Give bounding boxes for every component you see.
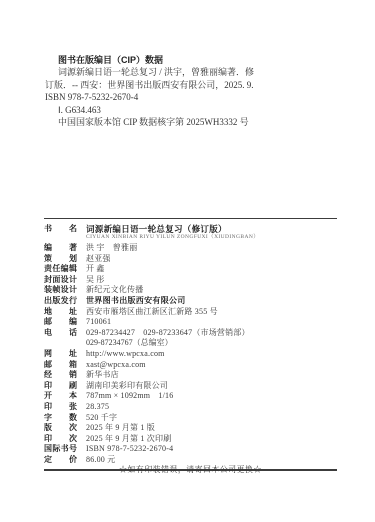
- colophon-row-cover-design: 封面设计 吴 彤: [44, 275, 337, 286]
- row-label: 书名: [44, 224, 77, 243]
- row-label: 邮编: [44, 317, 77, 328]
- row-label: 开本: [44, 391, 77, 402]
- colophon-row-address: 地址 西安市雁塔区曲江新区汇新路 355 号: [44, 307, 337, 318]
- row-value: 28.375: [86, 402, 109, 413]
- colophon-row-isbn: 国际书号 ISBN 978-7-5232-2670-4: [44, 444, 337, 455]
- row-value: 赵亚强: [86, 254, 111, 265]
- colophon-row-title: 书名 词源新编日语一轮总复习（修订版） CIYUAN XINBIAN RIYU …: [44, 224, 337, 243]
- row-value: 新华书店: [86, 370, 119, 381]
- row-label: 责任编辑: [44, 264, 77, 275]
- row-value: 2025 年 9 月第 1 版: [86, 423, 155, 434]
- cip-block: 图书在版编目（CIP）数据 词源新编日语一轮总复习 / 洪宇，曾雅丽编著．修 订…: [45, 54, 337, 128]
- row-label: 版次: [44, 423, 77, 434]
- row-label: 邮箱: [44, 360, 77, 371]
- colophon-row-publisher: 出版发行 世界图书出版西安有限公司: [44, 296, 337, 307]
- cip-description-line1: 词源新编日语一轮总复习 / 洪宇，曾雅丽编著．修: [45, 66, 337, 78]
- copyright-page: 图书在版编目（CIP）数据 词源新编日语一轮总复习 / 洪宇，曾雅丽编著．修 订…: [0, 0, 375, 522]
- cip-classification: Ⅰ. G634.463: [45, 104, 337, 116]
- colophon-row-sheets: 印张 28.375: [44, 402, 337, 413]
- book-title: 词源新编日语一轮总复习（修订版）: [86, 224, 259, 234]
- row-value: 西安市雁塔区曲江新区汇新路 355 号: [86, 307, 218, 318]
- row-value: xast@wpcxa.com: [86, 360, 146, 371]
- book-title-pinyin: CIYUAN XINBIAN RIYU YILUN ZONGFUXI（XIUDI…: [86, 234, 259, 241]
- misprint-exchange-note: ☆如有印装错误，请寄回本公司更换☆: [44, 464, 337, 475]
- colophon-row-editor: 责任编辑 开 鑫: [44, 264, 337, 275]
- row-label: 网址: [44, 349, 77, 360]
- row-label: 印刷: [44, 381, 77, 392]
- colophon-row-planner: 策划 赵亚强: [44, 254, 337, 265]
- colophon-row-email: 邮箱 xast@wpcxa.com: [44, 360, 337, 371]
- row-value: 世界图书出版西安有限公司: [86, 296, 186, 307]
- colophon-row-printer: 印刷 湖南印美彩印有限公司: [44, 381, 337, 392]
- book-title-block: 词源新编日语一轮总复习（修订版） CIYUAN XINBIAN RIYU YIL…: [86, 224, 259, 243]
- cip-registry-number: 中国国家版本馆 CIP 数据核字第 2025WH3332 号: [45, 116, 337, 128]
- colophon-row-wordcount: 字数 520 千字: [44, 413, 337, 424]
- row-label: 电话: [44, 328, 77, 339]
- row-label: 装帧设计: [44, 285, 77, 296]
- row-value: 新纪元文化传播: [86, 285, 143, 296]
- row-value: 吴 彤: [86, 275, 105, 286]
- row-label: 字数: [44, 413, 77, 424]
- cip-description-line2: 订版．-- 西安：世界图书出版西安有限公司，2025. 9.: [45, 79, 337, 91]
- row-label: 策划: [44, 254, 77, 265]
- row-value: 开 鑫: [86, 264, 105, 275]
- row-value: 2025 年 9 月第 1 次印刷: [86, 434, 171, 445]
- row-value: 029-87234427 029-87233647（市场营销部）: [86, 328, 250, 339]
- row-label: 印次: [44, 434, 77, 445]
- row-value: 710061: [86, 317, 111, 328]
- colophon-row-printing: 印次 2025 年 9 月第 1 次印刷: [44, 434, 337, 445]
- row-label: 封面设计: [44, 275, 77, 286]
- row-value: ISBN 978-7-5232-2670-4: [86, 444, 173, 455]
- colophon-row-binding-design: 装帧设计 新纪元文化传播: [44, 285, 337, 296]
- row-value: 洪 宇 曾雅丽: [86, 243, 137, 254]
- colophon-table: 书名 词源新编日语一轮总复习（修订版） CIYUAN XINBIAN RIYU …: [44, 218, 337, 471]
- row-label: 国际书号: [44, 444, 77, 455]
- row-value: 湖南印美彩印有限公司: [86, 381, 168, 392]
- colophon-row-edition: 版次 2025 年 9 月第 1 版: [44, 423, 337, 434]
- row-label: 出版发行: [44, 296, 77, 307]
- colophon-row-distributor: 经销 新华书店: [44, 370, 337, 381]
- row-label: 地址: [44, 307, 77, 318]
- row-value: http://www.wpcxa.com: [86, 349, 165, 360]
- row-label: 编著: [44, 243, 77, 254]
- colophon-row-authors: 编著 洪 宇 曾雅丽: [44, 243, 337, 254]
- row-value: 520 千字: [86, 413, 117, 424]
- colophon-row-postcode: 邮编 710061: [44, 317, 337, 328]
- colophon-row-phone: 电话 029-87234427 029-87233647（市场营销部）: [44, 328, 337, 339]
- cip-heading: 图书在版编目（CIP）数据: [45, 54, 337, 66]
- colophon-row-website: 网址 http://www.wpcxa.com: [44, 349, 337, 360]
- colophon-row-phone-line2: 029-87234767（总编室）: [86, 338, 337, 349]
- row-label: 印张: [44, 402, 77, 413]
- cip-isbn: ISBN 978-7-5232-2670-4: [45, 91, 337, 103]
- row-label: 经销: [44, 370, 77, 381]
- row-value: 787mm × 1092mm 1/16: [86, 391, 173, 402]
- colophon-row-format: 开本 787mm × 1092mm 1/16: [44, 391, 337, 402]
